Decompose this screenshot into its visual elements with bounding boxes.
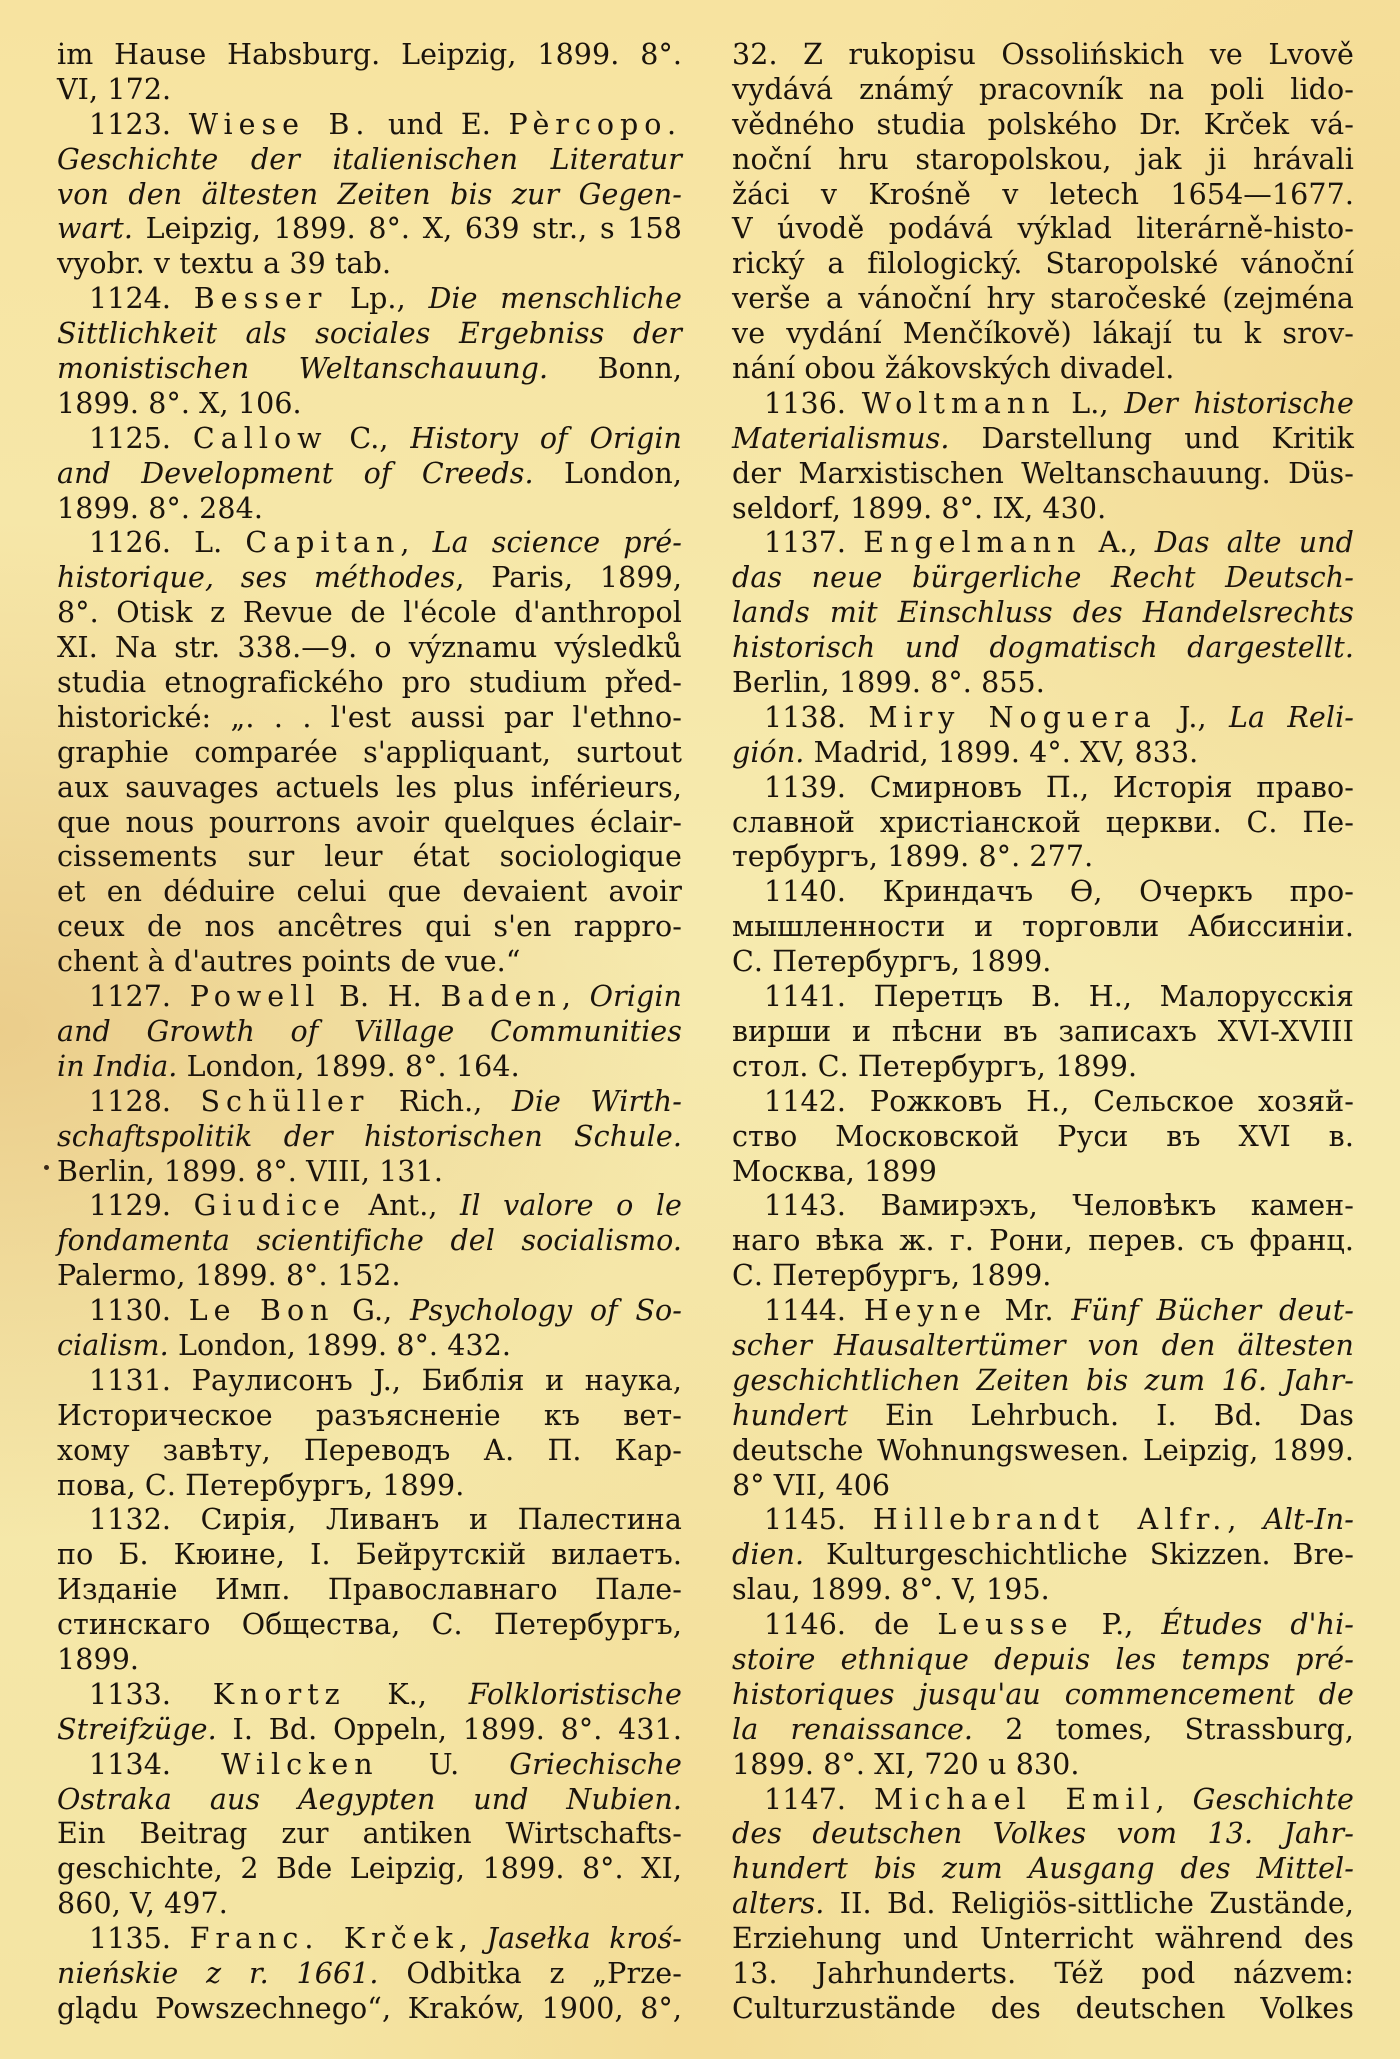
text-segment: Rich.,	[369, 1085, 511, 1118]
text-segment: und E.	[370, 108, 508, 141]
text-segment: ,	[1227, 1503, 1263, 1536]
text-line: Materialismus. Darstellung und Kritik	[732, 422, 1354, 457]
author-name: Michael Emil	[874, 1783, 1156, 1816]
text-segment: studia etnografického pro studium před-	[57, 666, 682, 699]
text-segment: , Paris, 1899,	[455, 561, 682, 594]
text-segment: historické: „. . . l'est aussi par l'eth…	[57, 701, 682, 734]
book-title: Das alte und	[1155, 526, 1354, 559]
text-line: wart. Leipzig, 1899. 8°. X, 639 str., s …	[57, 212, 682, 247]
left-column: im Hause Habsburg. Leipzig, 1899. 8°.VI,…	[57, 38, 682, 2027]
text-line: 1141. Перетцъ В. Н., Малорусскія	[732, 980, 1354, 1015]
text-line: rický a filologický. Staropolské vánoční	[732, 247, 1354, 282]
text-line: 1144. Heyne Mr. Fünf Bücher deut-	[732, 1294, 1354, 1329]
text-segment: 1138.	[764, 701, 868, 734]
text-line: aux sauvages actuels les plus inférieurs…	[57, 771, 682, 806]
text-line: and Development of Creeds. London,	[57, 457, 682, 492]
book-title: Origin	[590, 980, 682, 1013]
author-name: Hillebrandt Alfr.	[873, 1503, 1227, 1536]
text-segment: Palermo, 1899. 8°. 152.	[57, 1259, 401, 1292]
text-segment: 1899. 8°. 284.	[57, 492, 263, 525]
text-segment: Ant.,	[346, 1189, 460, 1222]
book-title: and Growth of Village Communities	[57, 1015, 682, 1048]
author-name: Miry Noguera	[868, 701, 1156, 734]
text-segment: 1141. Перетцъ В. Н., Малорусскія	[764, 980, 1354, 1013]
book-title: cialism.	[57, 1329, 169, 1362]
text-segment: U.	[379, 1748, 510, 1781]
text-segment: verše a vánoční hry staročeské (zejména	[732, 282, 1354, 315]
text-segment: Berlin, 1899. 8°. VIII, 131.	[57, 1155, 443, 1188]
text-segment: que nous pourrons avoir quelques éclair-	[57, 806, 682, 839]
text-segment: C.,	[328, 422, 411, 455]
text-line: et en déduire celui que devaient avoir	[57, 875, 682, 910]
book-title: in India.	[57, 1050, 177, 1083]
text-segment: 1144.	[764, 1294, 864, 1327]
ink-speck	[300, 541, 303, 544]
author-name: Callow	[193, 422, 328, 455]
text-line: cialism. London, 1899. 8°. 432.	[57, 1329, 682, 1364]
text-line: geschichte, 2 Bde Leipzig, 1899. 8°. XI,	[57, 1852, 682, 1887]
book-title: das neue bürgerliche Recht Deutsch-	[732, 561, 1354, 594]
text-segment: пова, С. Петербургъ, 1899.	[57, 1469, 464, 1502]
text-line: 1899.	[57, 1643, 682, 1678]
text-segment: 1147.	[764, 1783, 874, 1816]
text-line: stoire ethnique depuis les temps pré-	[732, 1643, 1354, 1678]
text-line: Историческое разъясненіе къ вет-	[57, 1399, 682, 1434]
book-title: Sittlichkeit als sociales Ergebniss der	[57, 317, 682, 350]
text-segment: 1899.	[57, 1643, 139, 1676]
text-segment: 1125.	[89, 422, 193, 455]
book-title: Psychology of So-	[410, 1294, 682, 1327]
text-line: 1139. Смирновъ П., Исторія право-	[732, 771, 1354, 806]
book-title: historiques jusqu'au commencement de	[732, 1678, 1354, 1711]
right-column: 32. Z rukopisu Ossolińskich ve Lvověvydá…	[732, 38, 1354, 2027]
text-segment: мышленности и торговли Абиссиніи.	[732, 910, 1354, 943]
text-line: 1145. Hillebrandt Alfr., Alt-In-	[732, 1503, 1354, 1538]
text-line: 1130. Le Bon G., Psychology of So-	[57, 1294, 682, 1329]
author-name: Wilcken	[221, 1748, 378, 1781]
text-line: verše a vánoční hry staročeské (zejména	[732, 282, 1354, 317]
text-line: ство Московской Руси въ XVI в.	[732, 1120, 1354, 1155]
text-segment: deutsche Wohnungswesen. Leipzig, 1899.	[732, 1434, 1354, 1467]
text-segment: 1127.	[89, 980, 190, 1013]
book-title: scher Hausaltertümer von den ältesten	[732, 1329, 1354, 1362]
text-line: С. Петербургъ, 1899.	[732, 1259, 1354, 1294]
author-name: Le Bon	[189, 1294, 335, 1327]
text-segment: Culturzustände des deutschen Volkes	[732, 1992, 1354, 2025]
text-segment: 1137.	[764, 526, 863, 559]
text-segment: noční hru staropolskou, jak ji hrávali	[732, 143, 1354, 176]
text-segment: 1899. 8°. XI, 720 u 830.	[732, 1748, 1080, 1781]
text-segment: chent à d'autres points de vue.“	[57, 945, 521, 978]
text-segment: ve vydání Menčíkově) lákají tu k srov-	[732, 317, 1354, 350]
text-line: seldorf, 1899. 8°. IX, 430.	[732, 492, 1354, 527]
author-name: Schüller	[201, 1085, 370, 1118]
ink-speck	[44, 1165, 49, 1170]
text-segment: A.,	[1081, 526, 1154, 559]
text-line: Erziehung und Unterricht während des	[732, 1922, 1354, 1957]
text-segment: glądu Powszechnego“, Kraków, 1900, 8°,	[57, 1992, 682, 2025]
text-segment: 1132. Сирія, Ливанъ и Палестина	[89, 1503, 682, 1536]
text-segment: cissements sur leur état sociologique	[57, 840, 682, 873]
text-line: 1127. Powell B. H. Baden, Origin	[57, 980, 682, 1015]
text-line: chent à d'autres points de vue.“	[57, 945, 682, 980]
text-segment: 1899. 8°. X, 106.	[57, 387, 302, 420]
text-line: von den ältesten Zeiten bis zur Gegen-	[57, 178, 682, 213]
text-segment: 1133.	[89, 1678, 213, 1711]
text-segment: Madrid, 1899. 4°. XV, 833.	[804, 736, 1198, 769]
book-title: des deutschen Volkes vom 13. Jahr-	[732, 1817, 1354, 1850]
text-line: and Growth of Village Communities	[57, 1015, 682, 1050]
book-title: Geschichte	[1193, 1783, 1354, 1816]
text-line: noční hru staropolskou, jak ji hrávali	[732, 143, 1354, 178]
text-line: vydává známý pracovník na poli lido-	[732, 73, 1354, 108]
text-line: cissements sur leur état sociologique	[57, 840, 682, 875]
text-segment: II. Bd. Religiös-sittliche Zustände,	[824, 1887, 1354, 1920]
book-title: Streifzüge.	[57, 1713, 217, 1746]
text-segment: VI, 172.	[57, 73, 171, 106]
book-title: Jasełka kroś-	[487, 1922, 682, 1955]
text-line: Изданіе Имп. Православнаго Пале-	[57, 1573, 682, 1608]
text-segment: Lp.,	[327, 282, 428, 315]
text-line: 1140. Криндачъ Ѳ, Очеркъ про-	[732, 875, 1354, 910]
text-line: 1136. Woltmann L., Der historische	[732, 387, 1354, 422]
text-segment: 1139. Смирновъ П., Исторія право-	[764, 771, 1354, 804]
text-segment: ceux de nos ancêtres qui s'en rappro-	[57, 910, 682, 943]
book-title: dien.	[732, 1538, 804, 1571]
text-segment: V úvodě podává výklad literárně-histo-	[732, 212, 1354, 245]
text-line: dien. Kulturgeschichtliche Skizzen. Bre-	[732, 1538, 1354, 1573]
text-line: 1126. L. Capitan, La science pré-	[57, 526, 682, 561]
text-segment: С. Петербургъ, 1899.	[732, 1259, 1051, 1292]
text-line: historiques jusqu'au commencement de	[732, 1678, 1354, 1713]
text-line: XI. Na str. 338.—9. o významu výsledků	[57, 631, 682, 666]
text-segment: 1143. Вамирэхъ, Человѣкъ камен-	[764, 1189, 1354, 1222]
text-line: hundert bis zum Ausgang des Mittel-	[732, 1852, 1354, 1887]
text-segment: 1142. Рожковъ Н., Сельское хозяй-	[764, 1085, 1354, 1118]
book-title: historisch und dogmatisch dargestellt.	[732, 631, 1354, 664]
text-line: пова, С. Петербургъ, 1899.	[57, 1469, 682, 1504]
text-line: Geschichte der italienischen Literatur	[57, 143, 682, 178]
text-line: 13. Jahrhunderts. Též pod názvem:	[732, 1957, 1354, 1992]
author-name: Knortz	[213, 1678, 346, 1711]
text-segment: 1134.	[89, 1748, 221, 1781]
book-title: History of Origin	[410, 422, 682, 455]
book-title: Études d'hi-	[1161, 1608, 1354, 1641]
author-name: Heyne	[864, 1294, 987, 1327]
book-title: Folkloristische	[469, 1678, 682, 1711]
text-line: in India. London, 1899. 8°. 164.	[57, 1050, 682, 1085]
text-segment: Историческое разъясненіе къ вет-	[57, 1399, 682, 1432]
text-line: 32. Z rukopisu Ossolińskich ve Lvově	[732, 38, 1354, 73]
book-title: La science pré-	[433, 526, 682, 559]
text-line: im Hause Habsburg. Leipzig, 1899. 8°.	[57, 38, 682, 73]
text-segment: K.,	[346, 1678, 469, 1711]
text-line: gión. Madrid, 1899. 4°. XV, 833.	[732, 736, 1354, 771]
text-segment: 8°. Otisk z Revue de l'école d'anthropol	[57, 596, 682, 629]
text-line: das neue bürgerliche Recht Deutsch-	[732, 561, 1354, 596]
text-segment: G.,	[335, 1294, 410, 1327]
text-line: Berlin, 1899. 8°. 855.	[732, 666, 1354, 701]
text-segment: vědného studia polského Dr. Krček vá-	[732, 108, 1354, 141]
text-line: monistischen Weltanschauung. Bonn,	[57, 352, 682, 387]
text-line: alters. II. Bd. Religiös-sittliche Zustä…	[732, 1887, 1354, 1922]
text-segment: Bonn,	[548, 352, 682, 385]
text-line: der Marxistischen Weltanschauung. Düs-	[732, 457, 1354, 492]
text-line: 1134. Wilcken U. Griechische	[57, 1748, 682, 1783]
author-name: Leusse	[937, 1608, 1073, 1641]
text-line: scher Hausaltertümer von den ältesten	[732, 1329, 1354, 1364]
text-line: 1133. Knortz K., Folkloristische	[57, 1678, 682, 1713]
text-line: 1132. Сирія, Ливанъ и Палестина	[57, 1503, 682, 1538]
text-segment: J.,	[1157, 701, 1229, 734]
book-title: Ostraka aus Aegypten und Nubien.	[57, 1783, 682, 1816]
text-line: geschichtlichen Zeiten bis zum 16. Jahr-	[732, 1364, 1354, 1399]
text-line: historické: „. . . l'est aussi par l'eth…	[57, 701, 682, 736]
book-title: Materialismus.	[732, 422, 950, 455]
text-line: 1142. Рожковъ Н., Сельское хозяй-	[732, 1085, 1354, 1120]
book-title: Fünf Bücher deut-	[1071, 1294, 1354, 1327]
text-line: slau, 1899. 8°. V, 195.	[732, 1573, 1354, 1608]
book-title: Der historische	[1124, 387, 1354, 420]
text-line: ve vydání Menčíkově) lákají tu k srov-	[732, 317, 1354, 352]
text-segment: geschichte, 2 Bde Leipzig, 1899. 8°. XI,	[57, 1852, 682, 1885]
text-segment: London,	[534, 457, 682, 490]
text-line: 860, V, 497.	[57, 1887, 682, 1922]
text-line: 1146. de Leusse P., Études d'hi-	[732, 1608, 1354, 1643]
text-segment: по Б. Кюине, I. Бейрутскій вилаетъ.	[57, 1538, 682, 1571]
text-line: vědného studia polského Dr. Krček vá-	[732, 108, 1354, 143]
book-title: von den ältesten Zeiten bis zur Gegen-	[57, 178, 682, 211]
book-title: hundert bis zum Ausgang des Mittel-	[732, 1852, 1354, 1885]
text-line: Streifzüge. I. Bd. Oppeln, 1899. 8°. 431…	[57, 1713, 682, 1748]
text-line: Ein Beitrag zur antiken Wirtschafts-	[57, 1817, 682, 1852]
author-name: Capitan	[245, 526, 400, 559]
text-segment: 13. Jahrhunderts. Též pod názvem:	[732, 1957, 1354, 1990]
text-line: Palermo, 1899. 8°. 152.	[57, 1259, 682, 1294]
author-name: Besser	[194, 282, 328, 315]
text-line: стинскаго Общества, С. Петербургъ,	[57, 1608, 682, 1643]
book-title: fondamenta scientifiche del socialismo.	[57, 1224, 682, 1257]
text-line: nání obou žákovských divadel.	[732, 352, 1354, 387]
text-segment: London, 1899. 8°. 164.	[177, 1050, 519, 1083]
text-segment: стинскаго Общества, С. Петербургъ,	[57, 1608, 682, 1641]
text-line: hundert Ein Lehrbuch. I. Bd. Das	[732, 1399, 1354, 1434]
text-line: studia etnografického pro studium před-	[57, 666, 682, 701]
book-title: stoire ethnique depuis les temps pré-	[732, 1643, 1354, 1676]
text-segment: P.,	[1074, 1608, 1162, 1641]
author-name: Giudice	[194, 1189, 346, 1222]
text-segment: Ein Lehrbuch. I. Bd. Das	[848, 1399, 1354, 1432]
text-line: Culturzustände des deutschen Volkes	[732, 1992, 1354, 2027]
text-line: 1135. Franc. Krček, Jasełka kroś-	[57, 1922, 682, 1957]
text-segment: 1130.	[89, 1294, 189, 1327]
text-line: 1899. 8°. XI, 720 u 830.	[732, 1748, 1354, 1783]
text-segment: 1136.	[764, 387, 862, 420]
text-line: des deutschen Volkes vom 13. Jahr-	[732, 1817, 1354, 1852]
text-line: graphie comparée s'appliquant, surtout	[57, 736, 682, 771]
text-segment: С. Петербургъ, 1899.	[732, 945, 1051, 978]
text-line: que nous pourrons avoir quelques éclair-	[57, 806, 682, 841]
text-line: Москва, 1899	[732, 1155, 1354, 1190]
book-title: La Reli-	[1229, 701, 1354, 734]
text-segment: 1129.	[89, 1189, 194, 1222]
text-segment: im Hause Habsburg. Leipzig, 1899. 8°.	[57, 38, 682, 71]
text-line: С. Петербургъ, 1899.	[732, 945, 1354, 980]
text-line: ceux de nos ancêtres qui s'en rappro-	[57, 910, 682, 945]
text-line: 1123. Wiese B. und E. Pèrcopo.	[57, 108, 682, 143]
author-name: Baden	[440, 980, 561, 1013]
text-segment: rický a filologický. Staropolské vánoční	[732, 247, 1354, 280]
text-segment: 1131. Раулисонъ J., Библія и наука,	[89, 1364, 682, 1397]
text-line: 1899. 8°. X, 106.	[57, 387, 682, 422]
text-line: la renaissance. 2 tomes, Strassburg,	[732, 1713, 1354, 1748]
text-segment: 2 tomes, Strassburg,	[973, 1713, 1354, 1746]
text-line: Ostraka aus Aegypten und Nubien.	[57, 1783, 682, 1818]
text-segment: ство Московской Руси въ XVI в.	[732, 1120, 1354, 1153]
text-line: nieńskie z r. 1661. Odbitka z „Prze-	[57, 1957, 682, 1992]
text-segment: aux sauvages actuels les plus inférieurs…	[57, 771, 682, 804]
text-line: 1131. Раулисонъ J., Библія и наука,	[57, 1364, 682, 1399]
text-segment: 32. Z rukopisu Ossolińskich ve Lvově	[732, 38, 1354, 71]
text-segment: 1135.	[89, 1922, 190, 1955]
text-segment: London, 1899. 8°. 432.	[169, 1329, 511, 1362]
book-title: Die menschliche	[428, 282, 682, 315]
book-title: nieńskie z r. 1661.	[57, 1957, 379, 1990]
text-segment: L.,	[1056, 387, 1125, 420]
book-title: hundert	[732, 1399, 848, 1432]
text-segment: 1140. Криндачъ Ѳ, Очеркъ про-	[764, 875, 1354, 908]
book-title: monistischen Weltanschauung.	[57, 352, 548, 385]
text-line: V úvodě podává výklad literárně-histo-	[732, 212, 1354, 247]
text-line: VI, 172.	[57, 73, 682, 108]
text-segment: тербургъ, 1899. 8°. 277.	[732, 840, 1093, 873]
text-line: хому завѣту, Переводъ А. П. Кар-	[57, 1434, 682, 1469]
text-line: тербургъ, 1899. 8°. 277.	[732, 840, 1354, 875]
text-segment: 1123.	[89, 108, 189, 141]
text-segment: Odbitka z „Prze-	[379, 1957, 682, 1990]
book-title: lands mit Einschluss des Handelsrechts	[732, 596, 1354, 629]
text-segment: der Marxistischen Weltanschauung. Düs-	[732, 457, 1354, 490]
text-line: Berlin, 1899. 8°. VIII, 131.	[57, 1155, 682, 1190]
text-segment: I. Bd. Oppeln, 1899. 8°. 431.	[217, 1713, 682, 1746]
text-line: 1143. Вамирэхъ, Человѣкъ камен-	[732, 1189, 1354, 1224]
text-line: vyobr. v textu a 39 tab.	[57, 247, 682, 282]
text-segment: 1126. L.	[89, 526, 245, 559]
text-segment: Москва, 1899	[732, 1155, 937, 1188]
author-name: Pèrcopo.	[509, 108, 682, 141]
text-line: historique, ses méthodes, Paris, 1899,	[57, 561, 682, 596]
author-name: Franc. Krček	[190, 1922, 459, 1955]
book-title: alters.	[732, 1887, 824, 1920]
text-segment: Erziehung und Unterricht während des	[732, 1922, 1354, 1955]
text-segment: 1124.	[89, 282, 194, 315]
author-name: Engelmann	[863, 526, 1081, 559]
author-name: Woltmann	[862, 387, 1056, 420]
text-line: 1129. Giudice Ant., Il valore o le	[57, 1189, 682, 1224]
text-segment: 8° VII, 406	[732, 1469, 890, 1502]
book-title: Die Wirth-	[512, 1085, 682, 1118]
text-line: 8°. Otisk z Revue de l'école d'anthropol	[57, 596, 682, 631]
scanned-page: im Hause Habsburg. Leipzig, 1899. 8°.VI,…	[0, 0, 1400, 2059]
text-segment: et en déduire celui que devaient avoir	[57, 875, 682, 908]
text-segment: nání obou žákovských divadel.	[732, 352, 1174, 385]
text-line: 1138. Miry Noguera J., La Reli-	[732, 701, 1354, 736]
text-segment: ,	[400, 526, 432, 559]
text-line: 1125. Callow C., History of Origin	[57, 422, 682, 457]
book-title: Griechische	[509, 1748, 682, 1781]
text-line: по Б. Кюине, I. Бейрутскій вилаетъ.	[57, 1538, 682, 1573]
text-line: glądu Powszechnego“, Kraków, 1900, 8°,	[57, 1992, 682, 2027]
text-line: наго вѣка ж. г. Рони, перев. съ франц.	[732, 1224, 1354, 1259]
text-segment: Изданіе Имп. Православнаго Пале-	[57, 1573, 682, 1606]
text-segment: Kulturgeschichtliche Skizzen. Bre-	[804, 1538, 1354, 1571]
text-line: 1128. Schüller Rich., Die Wirth-	[57, 1085, 682, 1120]
text-segment: vydává známý pracovník na poli lido-	[732, 73, 1354, 106]
text-segment: 1128.	[89, 1085, 201, 1118]
book-title: wart.	[57, 212, 133, 245]
author-name: Wiese B.	[189, 108, 371, 141]
text-segment: ,	[459, 1922, 487, 1955]
text-line: славной христіанской церкви. С. Пе-	[732, 806, 1354, 841]
text-line: historisch und dogmatisch dargestellt.	[732, 631, 1354, 666]
text-line: стол. С. Петербургъ, 1899.	[732, 1050, 1354, 1085]
text-line: fondamenta scientifiche del socialismo.	[57, 1224, 682, 1259]
text-segment: ,	[562, 980, 590, 1013]
text-line: 1137. Engelmann A., Das alte und	[732, 526, 1354, 561]
text-segment: žáci v Krośně v letech 1654—1677.	[732, 178, 1354, 211]
text-segment: Darstellung und Kritik	[950, 422, 1354, 455]
text-segment: славной христіанской церкви. С. Пе-	[732, 806, 1354, 839]
text-line: 1124. Besser Lp., Die menschliche	[57, 282, 682, 317]
text-line: мышленности и торговли Абиссиніи.	[732, 910, 1354, 945]
text-line: вирши и пѣсни въ записахъ XVI-XVIII	[732, 1015, 1354, 1050]
book-title: gión.	[732, 736, 804, 769]
text-segment: graphie comparée s'appliquant, surtout	[57, 736, 682, 769]
text-line: lands mit Einschluss des Handelsrechts	[732, 596, 1354, 631]
text-segment: вирши и пѣсни въ записахъ XVI-XVIII	[732, 1015, 1354, 1048]
text-segment: Ein Beitrag zur antiken Wirtschafts-	[57, 1817, 682, 1850]
book-title: schaftspolitik der historischen Schule.	[57, 1120, 682, 1153]
text-segment: B. H.	[320, 980, 440, 1013]
text-segment: vyobr. v textu a 39 tab.	[57, 247, 391, 280]
text-segment: ,	[1156, 1783, 1193, 1816]
text-segment: 1146. de	[764, 1608, 937, 1641]
text-segment: slau, 1899. 8°. V, 195.	[732, 1573, 1050, 1606]
book-title: Alt-In-	[1263, 1503, 1354, 1536]
text-line: 1147. Michael Emil, Geschichte	[732, 1783, 1354, 1818]
text-line: 8° VII, 406	[732, 1469, 1354, 1504]
text-segment: 1145.	[764, 1503, 873, 1536]
text-segment: Berlin, 1899. 8°. 855.	[732, 666, 1045, 699]
text-line: Sittlichkeit als sociales Ergebniss der	[57, 317, 682, 352]
book-title: Geschichte der italienischen Literatur	[57, 143, 682, 176]
text-segment: наго вѣка ж. г. Рони, перев. съ франц.	[732, 1224, 1354, 1257]
text-segment: стол. С. Петербургъ, 1899.	[732, 1050, 1137, 1083]
text-segment: Mr.	[987, 1294, 1071, 1327]
author-name: Powell	[190, 980, 321, 1013]
text-line: 1899. 8°. 284.	[57, 492, 682, 527]
text-segment: хому завѣту, Переводъ А. П. Кар-	[57, 1434, 682, 1467]
text-segment: seldorf, 1899. 8°. IX, 430.	[732, 492, 1106, 525]
book-title: Il valore o le	[460, 1189, 682, 1222]
book-title: geschichtlichen Zeiten bis zum 16. Jahr-	[732, 1364, 1354, 1397]
text-line: žáci v Krośně v letech 1654—1677.	[732, 178, 1354, 213]
text-segment: 860, V, 497.	[57, 1887, 228, 1920]
text-segment: Leipzig, 1899. 8°. X, 639 str., s 158	[133, 212, 682, 245]
book-title: la renaissance.	[732, 1713, 973, 1746]
text-line: deutsche Wohnungswesen. Leipzig, 1899.	[732, 1434, 1354, 1469]
text-segment: XI. Na str. 338.—9. o významu výsledků	[57, 631, 682, 664]
